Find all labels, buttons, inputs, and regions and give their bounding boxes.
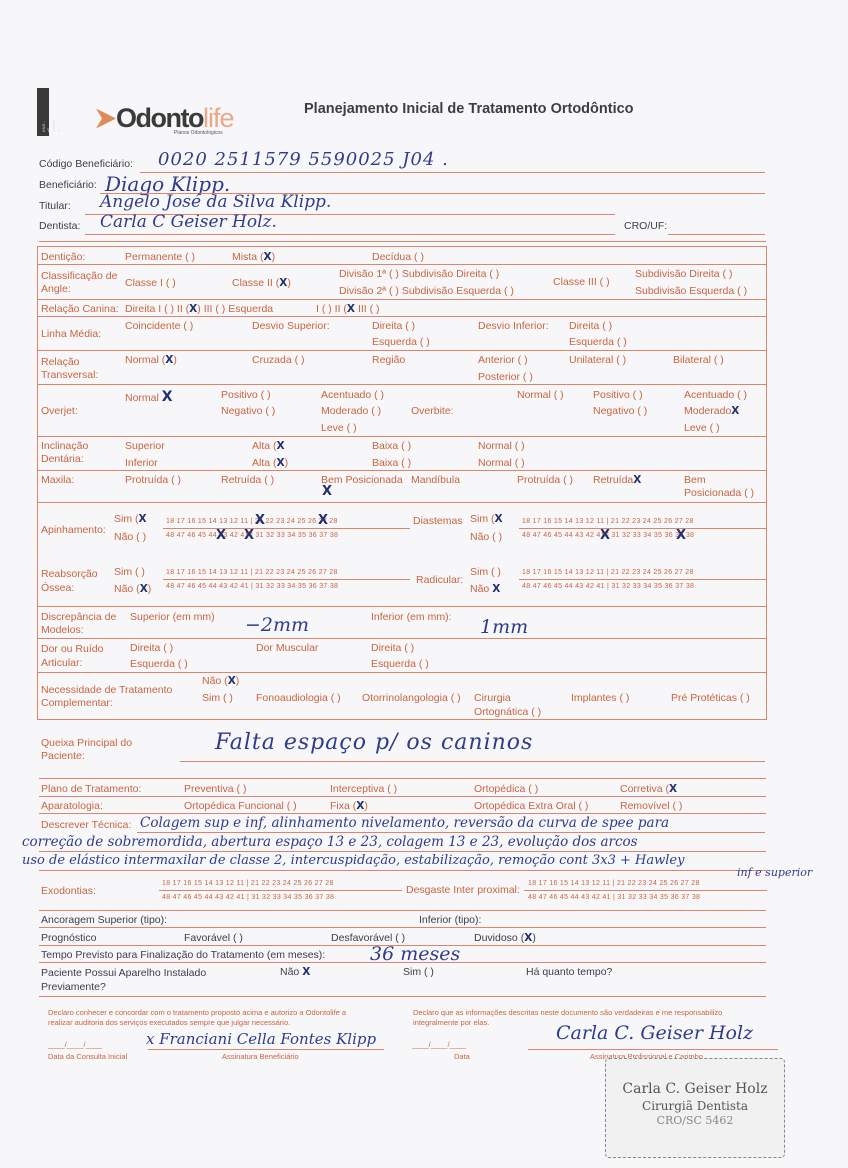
tooth-45-mark: X [216, 528, 226, 543]
dentista-field[interactable]: Carla C Geiser Holz. [100, 212, 277, 232]
check-mark-icon: X [162, 389, 173, 405]
professional-date-field[interactable]: ____/____/____ [412, 1040, 466, 1049]
desvio-sup-esquerda-checkbox[interactable]: Esquerda ( ) [372, 336, 430, 348]
maxila-retruida-checkbox[interactable]: Retruída ( ) [221, 474, 274, 486]
check-mark-icon: X [731, 405, 739, 417]
logo-tagline: Planos Odontológicos [174, 130, 223, 136]
consulta-date-field[interactable]: ____/____/____ [48, 1040, 102, 1049]
angle-label-2: Angle: [41, 283, 71, 295]
radicular-teeth-upper[interactable]: 18 17 16 15 14 13 12 11 | 21 22 23 24 25… [522, 569, 694, 576]
anterior-checkbox[interactable]: Anterior ( ) [478, 354, 528, 366]
radicular-teeth-lower[interactable]: 48 47 46 45 44 43 42 41 | 31 32 33 34 35… [522, 583, 694, 590]
bilateral-checkbox[interactable]: Bilateral ( ) [673, 354, 724, 366]
check-mark-icon: X [140, 583, 148, 595]
mandibula-retruida-checkbox[interactable]: RetruídaX [593, 474, 641, 486]
overjet-positivo-checkbox[interactable]: Positivo ( ) [221, 389, 271, 401]
desgaste-teeth-lower[interactable]: 48 47 46 45 44 43 42 41 | 31 32 33 34 35… [528, 894, 700, 901]
radicular-nao-checkbox[interactable]: Não X [470, 583, 500, 595]
check-mark-icon: X [165, 354, 173, 366]
check-mark-icon: X [524, 932, 532, 944]
prognostico-label: Prognóstico [41, 932, 96, 944]
diastemas-nao-checkbox[interactable]: Não ( ) [470, 531, 502, 543]
desvio-inf-esquerda-checkbox[interactable]: Esquerda ( ) [569, 336, 627, 348]
mandibula-protruida-checkbox[interactable]: Protruída ( ) [517, 474, 573, 486]
desgaste-teeth-upper[interactable]: 18 17 16 15 14 13 12 11 | 21 22 23 24 25… [528, 880, 700, 887]
duvidoso-checkbox[interactable]: Duvidoso (X) [474, 932, 536, 944]
discrepancia-label: Discrepância de [41, 611, 116, 623]
titular-field[interactable]: Angelo José da Silva Klipp. [100, 192, 331, 212]
favoravel-checkbox[interactable]: Favorável ( ) [184, 932, 243, 944]
classe3-subdivisao-direita-checkbox[interactable]: Subdivisão Direita ( ) [635, 268, 732, 280]
reabsorcao-teeth-lower[interactable]: 48 47 46 45 44 43 42 41 | 31 32 33 34 35… [166, 583, 338, 590]
logo-arrow-icon [96, 109, 116, 129]
dor-articular-label-2: Articular: [41, 657, 82, 669]
denticao-mista-checkbox[interactable]: Mista (X) [232, 251, 275, 263]
check-mark-icon: X [347, 303, 355, 315]
preventiva-checkbox[interactable]: Preventiva ( ) [184, 783, 246, 795]
aparelho-label-2: Previamente? [41, 981, 106, 993]
discrepancia-superior-field[interactable]: −2mm [245, 614, 309, 636]
removivel-checkbox[interactable]: Removível ( ) [620, 800, 682, 812]
dor-muscular-direita-checkbox[interactable]: Direita ( ) [371, 642, 414, 654]
transversal-normal-checkbox[interactable]: Normal (X) [125, 354, 177, 366]
reabsorcao-label-2: Óssea: [41, 582, 74, 594]
overjet-negativo-checkbox[interactable]: Negativo ( ) [221, 405, 275, 417]
titular-label: Titular: [39, 200, 71, 212]
cirurgia-ortognatica-checkbox[interactable]: Ortognática ( ) [474, 706, 541, 718]
classe1-checkbox[interactable]: Classe I ( ) [125, 277, 176, 289]
plano-label: Plano de Tratamento: [41, 783, 141, 795]
mandibula-bem-label: Bem [684, 474, 706, 486]
consulta-date-label: Data da Consulta Inicial [48, 1052, 127, 1061]
transversal-label: Relação [41, 356, 80, 368]
baixa-superior-checkbox[interactable]: Baixa ( ) [372, 440, 411, 452]
interceptiva-checkbox[interactable]: Interceptiva ( ) [330, 783, 397, 795]
overjet-label: Overjet: [41, 405, 78, 417]
check-mark-icon: X [322, 484, 332, 499]
complementar-nao-checkbox[interactable]: Não (X) [202, 675, 239, 687]
reabsorcao-label: Reabsorção [41, 568, 98, 580]
linha-media-label: Linha Média: [41, 328, 101, 340]
canina-direita-options[interactable]: Direita I ( ) II (X) III ( ) Esquerda [125, 303, 273, 315]
queixa-label: Queixa Principal do [41, 737, 132, 749]
reabsorcao-sim-checkbox[interactable]: Sim ( ) [114, 566, 145, 578]
canina-esquerda-options[interactable]: I ( ) II (X III ( ) [316, 303, 380, 315]
angle-label: Classificação de [41, 270, 117, 282]
desvio-sup-direita-checkbox[interactable]: Direita ( ) [372, 320, 415, 332]
tooth-23-mark: X [318, 513, 328, 528]
discrepancia-inferior-label: Inferior (em mm): [371, 611, 452, 623]
discrepancia-superior-label: Superior (em mm) [130, 611, 215, 623]
diastemas-sim-checkbox[interactable]: Sim (X [470, 513, 503, 525]
complementar-label-2: Complementar: [41, 697, 113, 709]
unilateral-checkbox[interactable]: Unilateral ( ) [569, 354, 626, 366]
tecnica-label: Descrever Técnica: [41, 819, 131, 831]
reabsorcao-nao-checkbox[interactable]: Não (X) [114, 583, 151, 595]
check-mark-icon: X [264, 251, 272, 263]
queixa-field[interactable]: Falta espaço p/ os caninos [215, 730, 533, 755]
inclinacao-superior-label: Superior [125, 440, 165, 452]
transversal-label-2: Transversal: [41, 369, 98, 381]
denticao-decidua-checkbox[interactable]: Decídua ( ) [372, 251, 424, 263]
inclinacao-label: Inclinação [41, 440, 88, 452]
complementar-sim-checkbox[interactable]: Sim ( ) [202, 692, 233, 704]
mandibula-label: Mandíbula [411, 474, 460, 486]
discrepancia-inferior-field[interactable]: 1mm [480, 616, 528, 638]
apinhamento-teeth-upper[interactable]: 18 17 16 15 14 13 12 11 | 21 22 23 24 25… [166, 518, 338, 525]
overbite-normal-checkbox[interactable]: Normal ( ) [517, 389, 564, 401]
beneficiary-declaration-2: realizar auditoria dos serviços executad… [48, 1018, 290, 1027]
coincidente-checkbox[interactable]: Coincidente ( ) [125, 320, 193, 332]
apinhamento-sim-checkbox[interactable]: Sim (X [114, 513, 147, 525]
apinhamento-label: Apinhamento: [41, 524, 106, 536]
tecnica-line-3[interactable]: uso de elástico intermaxilar de classe 2… [22, 853, 684, 868]
exodontias-teeth-upper[interactable]: 18 17 16 15 14 13 12 11 | 21 22 23 24 25… [162, 880, 334, 887]
tecnica-line-4[interactable]: inf e superior [737, 866, 812, 879]
inclinacao-label-2: Dentária: [41, 453, 84, 465]
stamp-role: Cirurgiã Dentista [606, 1099, 784, 1113]
denticao-permanente-checkbox[interactable]: Permanente ( ) [125, 251, 195, 263]
codigo-field[interactable]: 0020 2511579 5590025 J04 . [158, 149, 449, 170]
discrepancia-label-2: Modelos: [41, 624, 84, 636]
dor-muscular-label: Dor Muscular [256, 642, 318, 654]
tecnica-line-2[interactable]: correção de sobremordida, abertura espaç… [22, 834, 638, 850]
desvio-inf-direita-checkbox[interactable]: Direita ( ) [569, 320, 612, 332]
overjet-normal-checkbox[interactable]: Normal X [125, 389, 173, 405]
diastemas-label: Diastemas [413, 515, 463, 527]
aparelho-label: Paciente Possui Aparelho Instalado [41, 967, 206, 979]
baixa-inferior-checkbox[interactable]: Baixa ( ) [372, 457, 411, 469]
alta-inferior-checkbox[interactable]: Alta (X) [252, 457, 288, 469]
reabsorcao-teeth-upper[interactable]: 18 17 16 15 14 13 12 11 | 21 22 23 24 25… [166, 569, 338, 576]
dor-articular-direita-checkbox[interactable]: Direita ( ) [130, 642, 173, 654]
check-mark-icon: X [495, 513, 503, 525]
beneficiary-declaration: Declaro conhecer e concordar com o trata… [48, 1008, 346, 1017]
beneficiary-signature[interactable]: x Franciani Cella Fontes Klipp [146, 1030, 376, 1048]
overbite-negativo-checkbox[interactable]: Negativo ( ) [593, 405, 647, 417]
extra-oral-checkbox[interactable]: Ortopédica Extra Oral ( ) [474, 800, 588, 812]
apinhamento-nao-checkbox[interactable]: Não ( ) [114, 531, 146, 543]
regiao-label: Região [372, 354, 405, 366]
divisao2-checkbox[interactable]: Divisão 2ª ( ) Subdivisão Esquerda ( ) [339, 285, 514, 297]
desvio-inferior-label: Desvio Inferior: [478, 320, 549, 332]
beneficiary-signature-label: Assinatura Beneficiário [222, 1052, 299, 1061]
normal-inferior-checkbox[interactable]: Normal ( ) [478, 457, 525, 469]
radicular-sim-checkbox[interactable]: Sim ( ) [470, 566, 501, 578]
normal-superior-checkbox[interactable]: Normal ( ) [478, 440, 525, 452]
overjet-acentuado-checkbox[interactable]: Acentuado ( ) [321, 389, 384, 401]
classe3-checkbox[interactable]: Classe III ( ) [553, 276, 610, 288]
check-mark-icon: X [669, 783, 677, 795]
diastemas-teeth-upper[interactable]: 18 17 16 15 14 13 12 11 | 21 22 23 24 25… [522, 518, 694, 525]
orthodontic-plan-form: ANS - nº 40404-4 Odontolife Planos Odont… [0, 0, 848, 1168]
maxila-label: Maxila: [41, 474, 74, 486]
professional-declaration-2: integralmente por elas. [413, 1018, 489, 1027]
pre-proteticas-checkbox[interactable]: Pré Protéticas ( ) [671, 692, 750, 704]
check-mark-icon: X [277, 457, 285, 469]
otorrinolaringologia-checkbox[interactable]: Otorrinolangologia ( ) [362, 692, 461, 704]
ans-code-bar: ANS - nº 40404-4 [37, 88, 49, 136]
cro-label: CRO/UF: [624, 220, 667, 232]
ortopedica-funcional-checkbox[interactable]: Ortopédica Funcional ( ) [184, 800, 297, 812]
check-mark-icon: X [277, 440, 285, 452]
check-mark-icon: X [228, 675, 236, 687]
overbite-moderado-checkbox[interactable]: ModeradoX [684, 405, 739, 417]
classe2-checkbox[interactable]: Classe II (X) [232, 277, 291, 289]
ha-quanto-tempo-label: Há quanto tempo? [526, 966, 612, 978]
denticao-label: Dentição: [41, 251, 85, 263]
maxila-bem-posicionada-checkbox[interactable]: Bem Posicionada [321, 474, 403, 486]
tooth-43-mark: X [244, 528, 254, 543]
relacao-canina-label: Relação Canina: [41, 303, 119, 315]
overbite-acentuado-checkbox[interactable]: Acentuado ( ) [684, 389, 747, 401]
codigo-label: Código Beneficiário: [39, 158, 133, 170]
radicular-label: Radicular: [416, 574, 463, 586]
ortopedica-checkbox[interactable]: Ortopédica ( ) [474, 783, 538, 795]
aparatologia-label: Aparatologia: [41, 800, 103, 812]
check-mark-icon: X [302, 966, 310, 978]
overbite-leve-checkbox[interactable]: Leve ( ) [684, 422, 720, 434]
check-mark-icon: X [492, 583, 500, 595]
complementar-label: Necessidade de Tratamento [41, 684, 172, 696]
overbite-label: Overbite: [411, 405, 454, 417]
stamp-name: Carla C. Geiser Holz [606, 1081, 784, 1097]
corretiva-checkbox[interactable]: Corretiva (X [620, 783, 677, 795]
professional-date-label: Data [454, 1052, 470, 1061]
professional-declaration: Declaro que as informações descritas nes… [413, 1008, 722, 1017]
dor-muscular-esquerda-checkbox[interactable]: Esquerda ( ) [371, 658, 429, 670]
dor-articular-esquerda-checkbox[interactable]: Esquerda ( ) [130, 658, 188, 670]
professional-signature[interactable]: Carla C. Geiser Holz [556, 1022, 753, 1044]
tooth-33-mark: X [676, 528, 686, 543]
classe3-subdivisao-esquerda-checkbox[interactable]: Subdivisão Esquerda ( ) [635, 285, 747, 297]
exodontias-teeth-lower[interactable]: 48 47 46 45 44 43 42 41 | 31 32 33 34 35… [162, 894, 334, 901]
dentista-label: Dentista: [39, 220, 80, 232]
inclinacao-inferior-label: Inferior [125, 457, 158, 469]
queixa-label-2: Paciente: [41, 750, 85, 762]
overjet-moderado-checkbox[interactable]: Moderado ( ) [321, 405, 381, 417]
tooth-13-mark: X [255, 513, 265, 528]
aparelho-nao-checkbox[interactable]: Não X [280, 966, 310, 978]
posterior-checkbox[interactable]: Posterior ( ) [478, 371, 533, 383]
check-mark-icon: X [356, 800, 364, 812]
cirurgia-label: Cirurgia [474, 692, 511, 704]
stamp-cro: CRO/SC 5462 [606, 1114, 784, 1127]
fixa-checkbox[interactable]: Fixa (X) [330, 800, 368, 812]
implantes-checkbox[interactable]: Implantes ( ) [571, 692, 629, 704]
tecnica-line-1[interactable]: Colagem sup e inf, alinhamento nivelamen… [140, 815, 669, 831]
overbite-positivo-checkbox[interactable]: Positivo ( ) [593, 389, 643, 401]
exodontias-label: Exodontias: [41, 885, 96, 897]
check-mark-icon: X [139, 513, 147, 525]
fonoaudiologia-checkbox[interactable]: Fonoaudiologia ( ) [256, 692, 341, 704]
desgaste-label: Desgaste Inter proximal: [406, 884, 520, 896]
check-mark-icon: X [633, 474, 641, 486]
ancoragem-superior-label: Ancoragem Superior (tipo): [41, 914, 167, 926]
beneficiario-label: Beneficiário: [39, 179, 97, 191]
transversal-cruzada-checkbox[interactable]: Cruzada ( ) [252, 354, 305, 366]
check-mark-icon: X [279, 277, 287, 289]
overjet-leve-checkbox[interactable]: Leve ( ) [321, 422, 357, 434]
aparelho-sim-checkbox[interactable]: Sim ( ) [403, 966, 434, 978]
alta-superior-checkbox[interactable]: Alta (X [252, 440, 285, 452]
tooth-43-mark: X [600, 528, 610, 543]
mandibula-bem-posicionada-checkbox[interactable]: Posicionada ( ) [684, 487, 754, 499]
desvio-superior-label: Desvio Superior: [252, 320, 330, 332]
ancoragem-inferior-label: Inferior (tipo): [419, 914, 481, 926]
maxila-protruida-checkbox[interactable]: Protruída ( ) [125, 474, 181, 486]
divisao1-checkbox[interactable]: Divisão 1ª ( ) Subdivisão Direita ( ) [339, 268, 499, 280]
professional-stamp: Carla C. Geiser Holz Cirurgiã Dentista C… [605, 1058, 785, 1158]
page-title: Planejamento Inicial de Tratamento Ortod… [304, 101, 634, 117]
dor-articular-label: Dor ou Ruído [41, 643, 103, 655]
tempo-label: Tempo Previsto para Finalização do Trata… [41, 949, 325, 961]
